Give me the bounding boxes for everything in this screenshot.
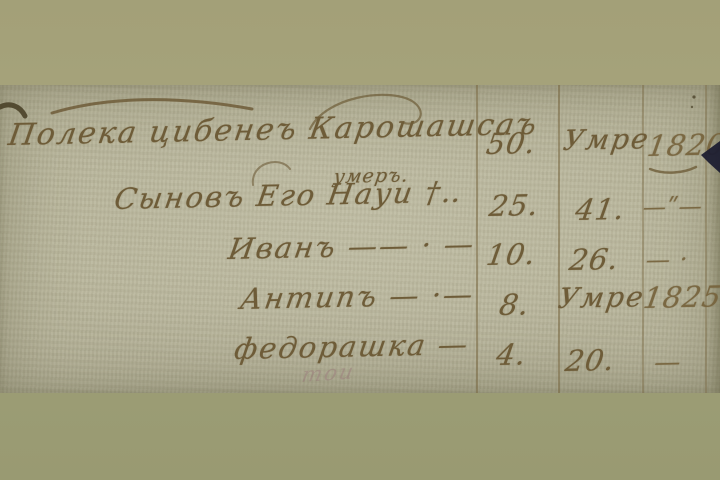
scanned-document-photo: Полека цибенеъ Карошашсаъ 50. Умре 1820 … (0, 0, 720, 480)
entry-age-prev: 8. (497, 287, 532, 322)
bleed-through-text: тои (300, 359, 357, 387)
entry-year: 1820 (645, 127, 720, 163)
entry-name: Иванъ —— · — (226, 227, 478, 266)
entry-age-prev: 25. (487, 188, 542, 223)
entry-name: Полека цибенеъ Карошашсаъ (6, 107, 541, 153)
ink-speck (691, 106, 693, 108)
entry-age-now: Умре (561, 122, 652, 157)
left-edge-mark (0, 105, 25, 116)
entry-name: Сыновъ Его Науи †‥ (112, 175, 466, 216)
underline-year-1 (650, 167, 696, 173)
entry-year: — (652, 347, 684, 378)
entry-age-now: Умре (556, 280, 647, 315)
flourish-over-name-1 (52, 100, 252, 113)
entry-year: — · (644, 245, 691, 274)
entry-name: Антипъ — ·— (238, 277, 477, 316)
ink-speck (692, 95, 695, 98)
ledger-page: Полека цибенеъ Карошашсаъ 50. Умре 1820 … (0, 85, 720, 393)
entry-age-now: 26. (567, 242, 622, 277)
column-rule-2 (558, 85, 560, 393)
entry-age-prev: 50. (484, 126, 539, 161)
entry-year: 1825 (641, 279, 720, 315)
entry-age-prev: 4. (494, 337, 529, 372)
entry-age-now: 41. (573, 192, 628, 227)
entry-age-now: 20. (563, 343, 618, 378)
entry-year: —ʺ— (641, 194, 705, 221)
entry-age-prev: 10. (484, 237, 539, 272)
